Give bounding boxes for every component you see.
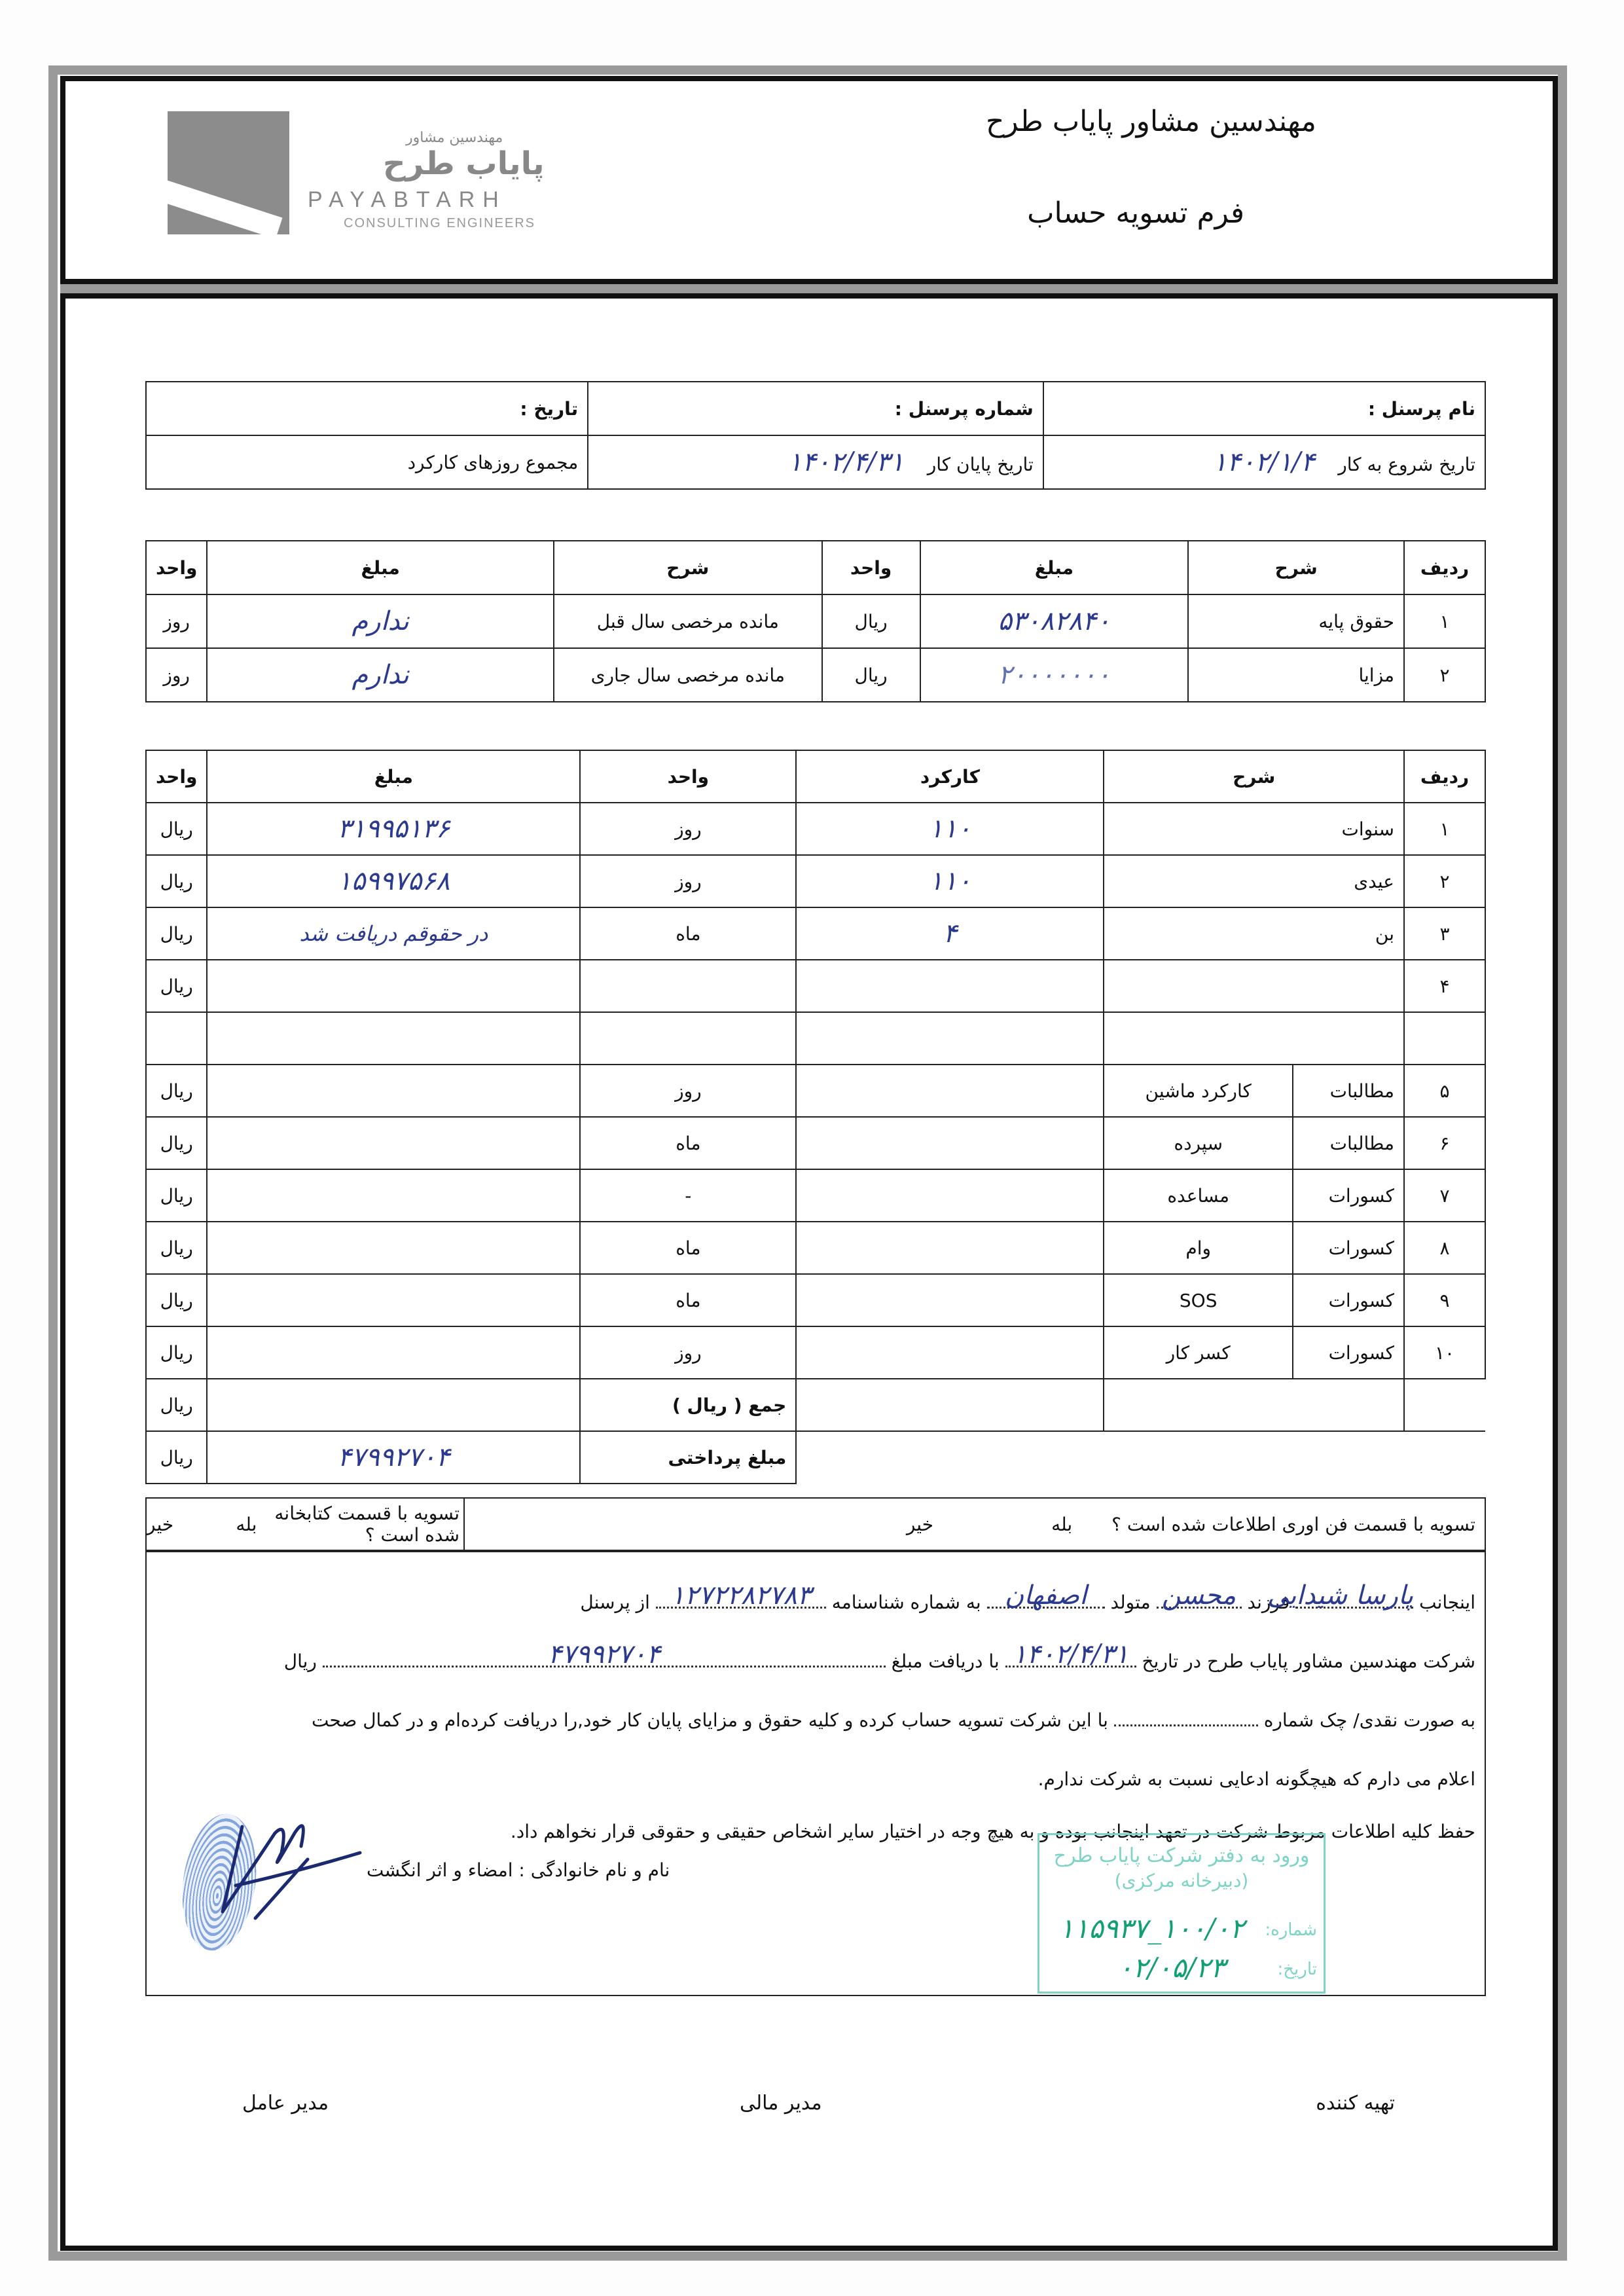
col-header-amount2: مبلغ (207, 541, 554, 594)
voucher-amount[interactable]: در حقوقم دریافت شد (207, 907, 580, 960)
ceo-signature-label: مدیر عامل (242, 2092, 329, 2115)
col-header-row: ردیف (1404, 750, 1485, 803)
father-name[interactable]: محسن (1157, 1580, 1242, 1611)
birthplace[interactable]: اصفهان (987, 1580, 1105, 1611)
base-salary-amount[interactable]: ۵۳۰۸۲۸۴۰ (920, 594, 1189, 648)
col-header-amount: مبلغ (207, 750, 580, 803)
personnel-name-field[interactable]: نام پرسنل : (1043, 382, 1485, 435)
secretariat-stamp: ورود به دفتر شرکت پایاب طرح (دبیرخانه مر… (1038, 1833, 1326, 1994)
col-header-work: کارکرد (796, 750, 1104, 803)
it-settlement-question: تسویه با قسمت فن اوری اطلاعات شده است ؟ … (463, 1499, 1485, 1550)
col-header-row: ردیف (1404, 541, 1485, 594)
header-divider (60, 284, 1558, 293)
paid-amount[interactable]: ۴۷۹۹۲۷۰۴ (207, 1431, 580, 1484)
logo-square-icon (168, 111, 289, 234)
personnel-number-field[interactable]: شماره پرسنل : (588, 382, 1043, 435)
received-amount[interactable]: ۴۷۹۹۲۷۰۴ (323, 1639, 886, 1669)
library-settlement-question: تسویه با قسمت کتابخانه شده است ؟ بله خیر (147, 1499, 466, 1550)
total-days-field[interactable]: مجموع روزهای کارکرد (146, 435, 588, 489)
bonus-amount[interactable]: ۱۵۹۹۷۵۶۸ (207, 855, 580, 907)
date-field[interactable]: تاریخ : (146, 382, 588, 435)
table-row: ۶ مطالبات سپرده ماه ریال (146, 1117, 1485, 1169)
table-row: ۸ کسورات وام ماه ریال (146, 1222, 1485, 1274)
table-row: ۵ مطالبات کارکرد ماشین روز ریال (146, 1065, 1485, 1117)
table-row: ۱ حقوق پایه ۵۳۰۸۲۸۴۰ ریال مانده مرخصی سا… (146, 594, 1485, 648)
table-row: ۹ کسورات SOS ماه ریال (146, 1274, 1485, 1326)
logo-subtitle-en: CONSULTING ENGINEERS (344, 216, 535, 231)
total-label: جمع ( ریال ) (580, 1379, 796, 1431)
signature-icon (196, 1807, 367, 1931)
finance-manager-signature-label: مدیر مالی (740, 2092, 822, 2115)
paid-row: مبلغ پرداختی ۴۷۹۹۲۷۰۴ ریال (146, 1431, 1485, 1484)
declaration-line-1: اینجانب پارسا شیدایی فرزند محسن متولد اص… (580, 1592, 1475, 1613)
col-header-currency: واحد (146, 750, 207, 803)
declaration-line-4: اعلام می دارم که هیچگونه ادعایی نسبت به … (1038, 1768, 1475, 1790)
end-date-field[interactable]: تاریخ پایان کار ۱۴۰۲/۴/۳۱ (588, 435, 1043, 489)
logo-name-fa: پایاب طرح (383, 145, 545, 182)
start-date-value: ۱۴۰۲/۱/۴ (1213, 447, 1315, 477)
table-row: ۱۰ کسورات کسر کار روز ریال (146, 1326, 1485, 1379)
table-row: ۳ بن ۴ ماه در حقوقم دریافت شد ریال (146, 907, 1485, 960)
declaration-line-3: به صورت نقدی/ چک شماره با این شرکت تسویه… (312, 1709, 1475, 1731)
date-label: تاریخ : (520, 398, 578, 420)
table-row (146, 1012, 1485, 1065)
total-amount[interactable] (207, 1379, 580, 1431)
library-yes-option[interactable]: بله (236, 1514, 257, 1535)
id-number[interactable]: ۱۲۷۲۲۸۲۷۸۳ (656, 1580, 826, 1611)
end-date-value: ۱۴۰۲/۴/۳۱ (788, 447, 904, 477)
col-header-desc: شرح (1104, 750, 1404, 803)
employee-name[interactable]: پارسا شیدایی (1295, 1580, 1413, 1611)
it-yes-option[interactable]: بله (1051, 1514, 1072, 1535)
table-row: ۱ سنوات ۱۱۰ روز ۳۱۹۹۵۱۳۶ ریال (146, 803, 1485, 855)
current-year-leave-amount[interactable]: ندارم (207, 648, 554, 702)
personnel-number-label: شماره پرسنل : (895, 398, 1034, 420)
settlement-questions: تسویه با قسمت فن اوری اطلاعات شده است ؟ … (145, 1497, 1486, 1551)
total-days-label: مجموع روزهای کارکرد (408, 452, 579, 473)
salary-leave-table: ردیف شرح مبلغ واحد شرح مبلغ واحد ۱ حقوق … (145, 540, 1486, 702)
col-header-desc: شرح (1188, 541, 1404, 594)
table-row: ۴ ریال (146, 960, 1485, 1012)
settlement-date[interactable]: ۱۴۰۲/۴/۳۱ (1005, 1639, 1136, 1669)
library-no-option[interactable]: خیر (147, 1514, 173, 1535)
col-header-unit: واحد (580, 750, 796, 803)
col-header-desc2: شرح (554, 541, 822, 594)
benefits-amount[interactable]: ۲۰۰۰۰۰۰۰ (920, 648, 1189, 702)
preparer-signature-label: تهیه کننده (1316, 2092, 1395, 2115)
start-date-label: تاریخ شروع به کار (1338, 454, 1475, 475)
col-header-unit2: واحد (146, 541, 207, 594)
col-header-amount: مبلغ (920, 541, 1189, 594)
company-title: مهندسین مشاور پایاب طرح (986, 105, 1316, 138)
signature-label: نام و نام خانوادگی : امضاء و اثر انگشت (367, 1859, 670, 1881)
declaration-line-5: حفظ کلیه اطلاعات مربوط شرکت در تعهد اینج… (511, 1821, 1475, 1842)
declaration-line-2: شرکت مهندسین مشاور پایاب طرح در تاریخ ۱۴… (284, 1650, 1475, 1672)
logo-name-en: PAYABTARH (308, 187, 507, 213)
total-row: جمع ( ریال ) ریال (146, 1379, 1485, 1431)
form-title: فرم تسویه حساب (1027, 196, 1244, 230)
col-header-unit: واحد (822, 541, 920, 594)
cheque-number-field[interactable] (1114, 1710, 1258, 1726)
start-date-field[interactable]: تاریخ شروع به کار ۱۴۰۲/۱/۴ (1043, 435, 1485, 489)
paid-label: مبلغ پرداختی (580, 1431, 796, 1484)
severance-amount[interactable]: ۳۱۹۹۵۱۳۶ (207, 803, 580, 855)
prev-year-leave-amount[interactable]: ندارم (207, 594, 554, 648)
table-row: ۲ مزایا ۲۰۰۰۰۰۰۰ ریال مانده مرخصی سال جا… (146, 648, 1485, 702)
personnel-info-table: نام پرسنل : شماره پرسنل : تاریخ : تاریخ … (145, 381, 1486, 490)
settlement-items-table: ردیف شرح کارکرد واحد مبلغ واحد ۱ سنوات ۱… (145, 750, 1486, 1484)
logo-subtitle-fa: مهندسین مشاور (406, 130, 503, 146)
stamp-number: ۱۰۰/۰۲_۱۱۵۹۳۷ (1059, 1912, 1244, 1944)
personnel-name-label: نام پرسنل : (1368, 398, 1475, 420)
it-no-option[interactable]: خیر (907, 1514, 933, 1535)
end-date-label: تاریخ پایان کار (928, 454, 1034, 475)
table-row: ۷ کسورات مساعده - ریال (146, 1169, 1485, 1222)
stamp-date: ۰۲/۰۵/۲۳ (1118, 1952, 1225, 1984)
table-row: ۲ عیدی ۱۱۰ روز ۱۵۹۹۷۵۶۸ ریال (146, 855, 1485, 907)
